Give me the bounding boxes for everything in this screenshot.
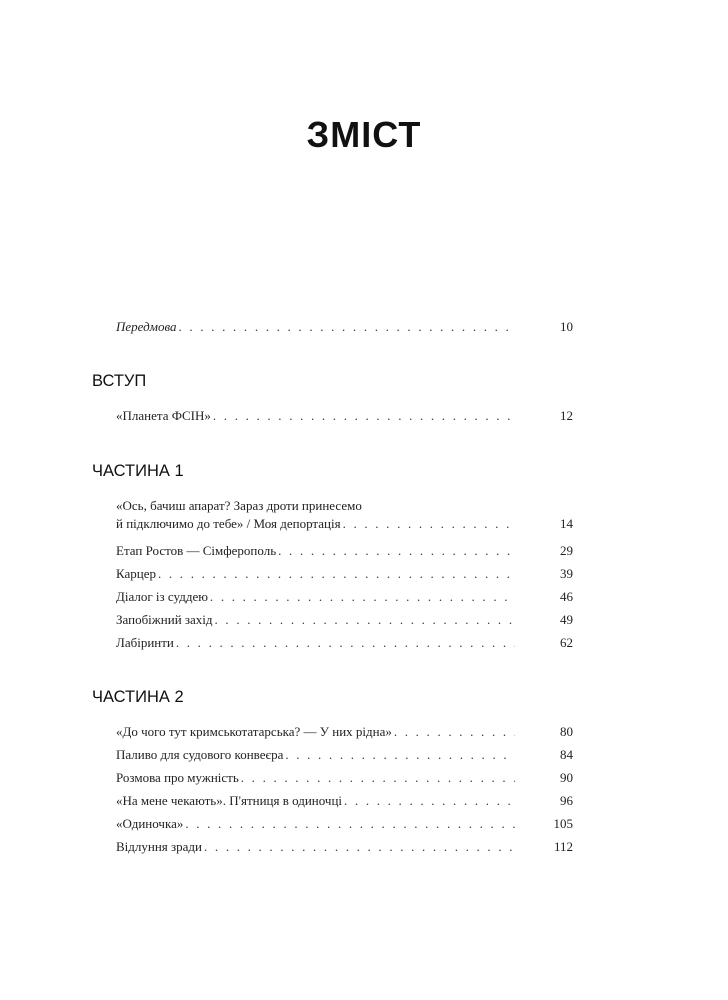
toc-entry[interactable]: Паливо для судового конвеєра 84 <box>116 746 573 764</box>
entry-label-line1: «Ось, бачиш апарат? Зараз дроти принесем… <box>116 497 573 515</box>
entry-label: Розмова про мужність <box>116 769 239 787</box>
entry-label: Відлуння зради <box>116 838 202 856</box>
entry-label: «До чого тут кримськотатарська? — У них … <box>116 723 392 741</box>
dot-leader <box>394 723 515 741</box>
entry-page: 105 <box>547 815 573 833</box>
section-heading-part-2: ЧАСТИНА 2 <box>92 686 576 708</box>
entry-page: 90 <box>547 769 573 787</box>
dot-leader <box>215 611 515 629</box>
entry-label: «Одиночка» <box>116 815 183 833</box>
entry-page: 12 <box>547 407 573 425</box>
dot-leader <box>204 838 515 856</box>
entry-label: Етап Ростов — Сімферополь <box>116 542 276 560</box>
entry-page: 112 <box>547 838 573 856</box>
toc-entry[interactable]: «Ось, бачиш апарат? Зараз дроти принесем… <box>116 497 573 533</box>
entry-page: 84 <box>547 746 573 764</box>
toc-entry[interactable]: «Одиночка» 105 <box>116 815 573 833</box>
dot-leader <box>210 588 515 606</box>
toc-entry[interactable]: Карцер 39 <box>116 565 573 583</box>
entry-label: Запобіжний захід <box>116 611 213 629</box>
entry-page: 96 <box>547 792 573 810</box>
entry-page: 62 <box>547 634 573 652</box>
entry-page: 49 <box>547 611 573 629</box>
toc-entry[interactable]: Лабіринти 62 <box>116 634 573 652</box>
entry-label: Передмова <box>116 318 177 336</box>
toc-entry[interactable]: Відлуння зради 112 <box>116 838 573 856</box>
entry-label: Паливо для судового конвеєра <box>116 746 283 764</box>
toc-entry[interactable]: Діалог із суддею 46 <box>116 588 573 606</box>
section-heading-part-1: ЧАСТИНА 1 <box>92 460 576 482</box>
entry-page: 80 <box>547 723 573 741</box>
entry-label: «На мене чекають». П'ятниця в одиночці <box>116 792 342 810</box>
entry-label: Діалог із суддею <box>116 588 208 606</box>
entry-page: 39 <box>547 565 573 583</box>
toc-entry[interactable]: «До чого тут кримськотатарська? — У них … <box>116 723 573 741</box>
page-title: ЗМІСТ <box>0 114 728 156</box>
dot-leader <box>285 746 515 764</box>
entry-label: Карцер <box>116 565 156 583</box>
dot-leader <box>213 407 515 425</box>
dot-leader <box>176 634 515 652</box>
toc-entry[interactable]: «На мене чекають». П'ятниця в одиночці 9… <box>116 792 573 810</box>
entry-label: й підключимо до тебе» / Моя депортація <box>116 515 341 533</box>
table-of-contents: Передмова 10 ВСТУП «Планета ФСІН» 12 ЧАС… <box>92 318 576 856</box>
entry-label: Лабіринти <box>116 634 174 652</box>
toc-entry[interactable]: Розмова про мужність 90 <box>116 769 573 787</box>
toc-entry[interactable]: Етап Ростов — Сімферополь 29 <box>116 542 573 560</box>
entry-page: 29 <box>547 542 573 560</box>
dot-leader <box>179 318 515 336</box>
toc-entry-preface[interactable]: Передмова 10 <box>116 318 573 336</box>
dot-leader <box>185 815 515 833</box>
dot-leader <box>278 542 515 560</box>
entry-label: «Планета ФСІН» <box>116 407 211 425</box>
section-heading-intro: ВСТУП <box>92 370 576 392</box>
entry-page: 46 <box>547 588 573 606</box>
dot-leader <box>344 792 515 810</box>
dot-leader <box>241 769 515 787</box>
entry-page: 14 <box>547 515 573 533</box>
dot-leader <box>343 515 515 533</box>
entry-page: 10 <box>547 318 573 336</box>
toc-entry[interactable]: «Планета ФСІН» 12 <box>116 407 573 425</box>
dot-leader <box>158 565 515 583</box>
toc-entry[interactable]: Запобіжний захід 49 <box>116 611 573 629</box>
